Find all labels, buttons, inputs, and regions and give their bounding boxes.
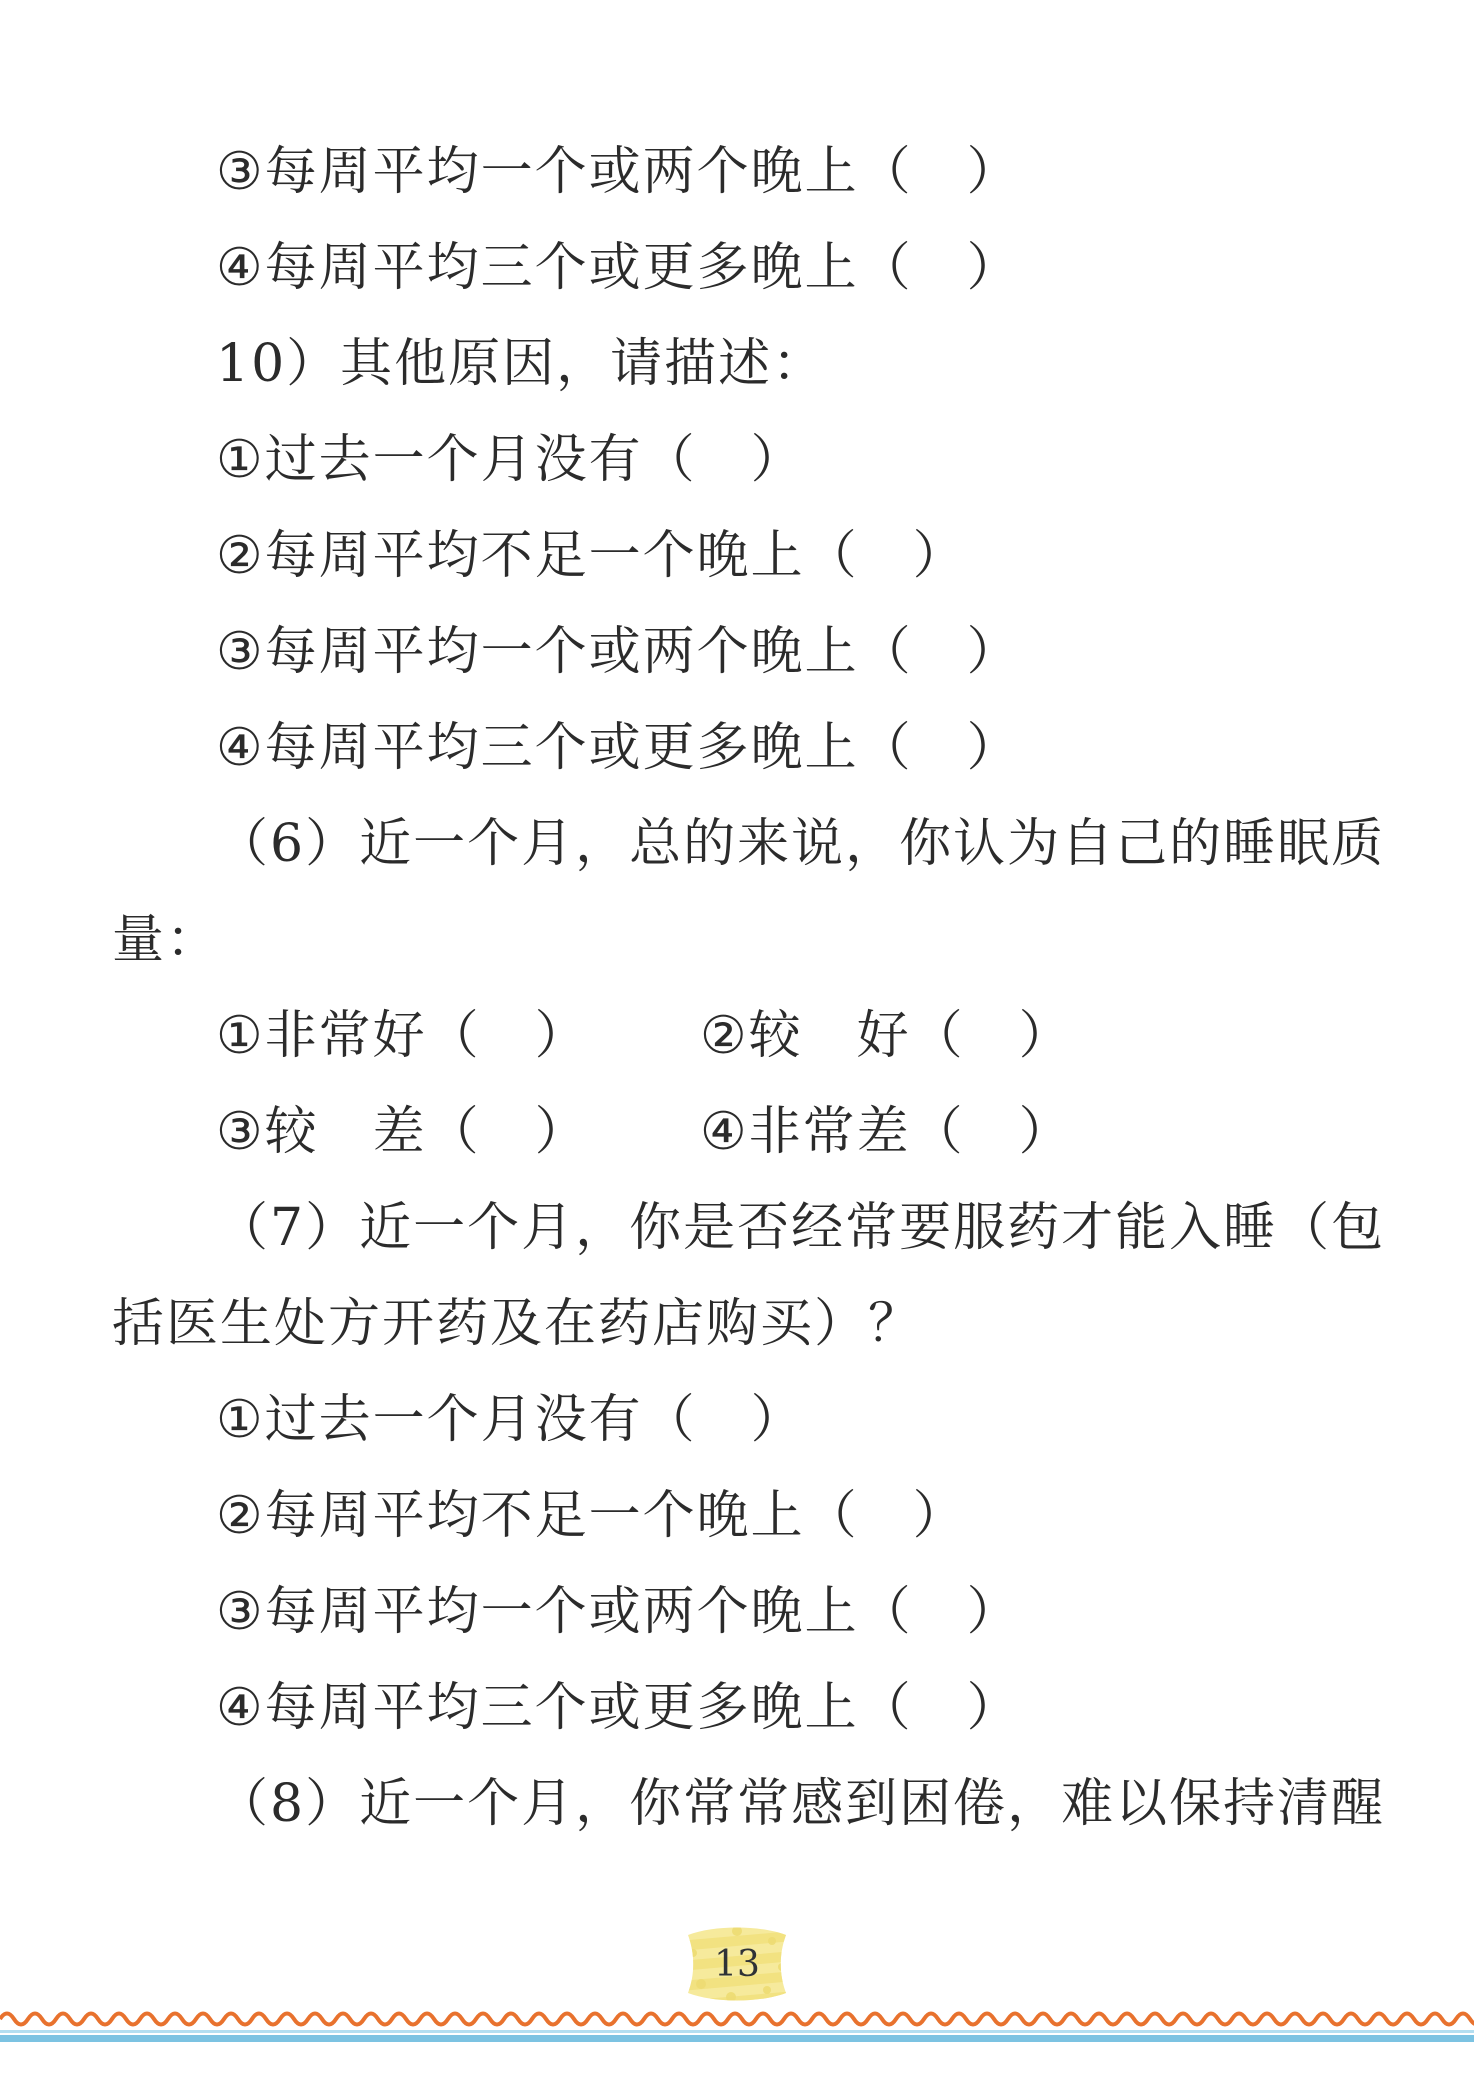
text-line: ①过去一个月没有（ ） (112, 1372, 1362, 1468)
option-text: ①非常好（ ） (216, 1006, 589, 1066)
text-line: ④每周平均三个或更多晚上（ ） (112, 220, 1362, 316)
text-line: ④每周平均三个或更多晚上（ ） (112, 1660, 1362, 1756)
option-text: ④非常差（ ） (700, 1084, 1073, 1180)
questionnaire-page: ③每周平均一个或两个晚上（ ）④每周平均三个或更多晚上（ ）10）其他原因，请描… (0, 0, 1474, 2097)
footer-line-thin (0, 2030, 1474, 2033)
text-line: ④每周平均三个或更多晚上（ ） (112, 700, 1362, 796)
footer-line-thick (0, 2035, 1474, 2042)
text-line: ③每周平均一个或两个晚上（ ） (112, 124, 1362, 220)
text-line: ①非常好（ ）②较 好（ ） (112, 988, 1362, 1084)
text-line: 括医生处方开药及在药店购买）？ (112, 1276, 1362, 1372)
text-line: ②每周平均不足一个晚上（ ） (112, 508, 1362, 604)
text-block: ③每周平均一个或两个晚上（ ）④每周平均三个或更多晚上（ ）10）其他原因，请描… (0, 124, 1474, 1852)
text-line: （7）近一个月，你是否经常要服药才能入睡（包 (112, 1180, 1362, 1276)
option-text: ②较 好（ ） (700, 988, 1073, 1084)
text-line: ③每周平均一个或两个晚上（ ） (112, 1564, 1362, 1660)
text-line: ①过去一个月没有（ ） (112, 412, 1362, 508)
text-line: ③较 差（ ）④非常差（ ） (112, 1084, 1362, 1180)
text-line: ②每周平均不足一个晚上（ ） (112, 1468, 1362, 1564)
text-line: ③每周平均一个或两个晚上（ ） (112, 604, 1362, 700)
footer-wave (0, 2003, 1474, 2031)
page-number: 13 (714, 1944, 760, 1985)
text-line: （8）近一个月，你常常感到困倦，难以保持清醒 (112, 1756, 1362, 1852)
page-number-pillow: 13 (679, 1923, 795, 2005)
option-text: ③较 差（ ） (216, 1102, 589, 1162)
text-line: 量： (112, 892, 1362, 988)
text-line: （6）近一个月，总的来说，你认为自己的睡眠质 (112, 796, 1362, 892)
footer-wave-path (0, 2014, 1474, 2025)
text-line: 10）其他原因，请描述： (112, 316, 1362, 412)
